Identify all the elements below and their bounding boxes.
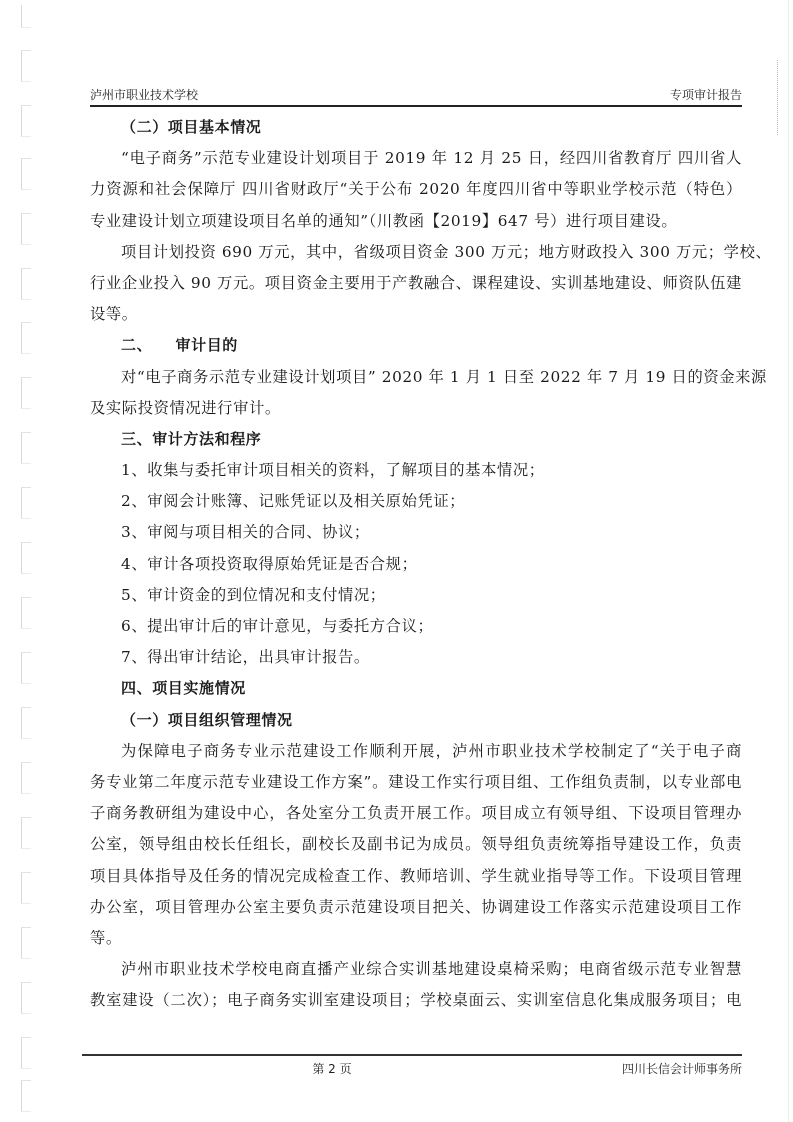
binding-mark — [21, 158, 31, 190]
paragraph-line: 专业建设计划立项建设项目名单的通知”（川教函【2019】647 号）进行项目建设… — [90, 206, 742, 237]
page-edge — [788, 0, 789, 1122]
scan-artifact — [777, 60, 781, 135]
binding-mark — [21, 432, 31, 464]
section-heading-audit-methods: 三、审计方法和程序 — [90, 424, 742, 455]
paragraph-line: 力资源和社会保障厅 四川省财政厅“关于公布 2020 年度四川省中等职业学校示范… — [90, 174, 742, 205]
document-body: （二）项目基本情况 “电子商务”示范专业建设计划项目于 2019 年 12 月 … — [90, 112, 742, 1016]
binding-mark — [21, 105, 31, 137]
binding-mark — [21, 487, 31, 519]
method-item: 1、收集与委托审计项目相关的资料，了解项目的基本情况； — [90, 455, 742, 486]
binding-mark — [21, 1080, 31, 1112]
binding-mark — [21, 1037, 31, 1069]
page-number: 第 2 页 — [82, 1060, 582, 1077]
section-heading-audit-purpose: 二、 审计目的 — [90, 330, 742, 361]
paragraph-line: 项目具体指导及任务的情况完成检查工作、教师培训、学生就业指导等工作。下设项目管理 — [90, 861, 742, 892]
page-header: 泸州市职业技术学校 专项审计报告 — [90, 86, 742, 104]
paragraph-line: 教室建设（二次）；电子商务实训室建设项目；学校桌面云、实训室信息化集成服务项目；… — [90, 985, 742, 1016]
paragraph-line: 公室，领导组由校长任组长，副校长及副书记为成员。领导组负责统筹指导建设工作，负责 — [90, 829, 742, 860]
footer-firm-name: 四川长信会计师事务所 — [622, 1060, 742, 1077]
binding-mark — [21, 322, 31, 354]
paragraph-line: 为保障电子商务专业示范建设工作顺利开展，泸州市职业技术学校制定了“关于电子商 — [90, 736, 742, 767]
binding-mark — [21, 652, 31, 684]
header-school-name: 泸州市职业技术学校 — [90, 86, 198, 103]
section-heading-project-basics: （二）项目基本情况 — [90, 112, 742, 143]
paragraph-line: 办公室，项目管理办公室主要负责示范建设项目把关、协调建设工作落实示范建设项目工作 — [90, 892, 742, 923]
binding-mark — [21, 213, 31, 245]
method-item: 4、审计各项投资取得原始凭证是否合规； — [90, 549, 742, 580]
binding-mark — [21, 817, 31, 849]
page-footer: 第 2 页 四川长信会计师事务所 — [82, 1060, 742, 1078]
method-item: 7、得出审计结论，出具审计报告。 — [90, 642, 742, 673]
binding-mark — [21, 872, 31, 904]
method-item: 6、提出审计后的审计意见，与委托方合议； — [90, 611, 742, 642]
binding-mark — [21, 927, 31, 959]
paragraph-line: 务专业第二年度示范专业建设工作方案”。建设工作实行项目组、工作组负责制，以专业部… — [90, 767, 742, 798]
subsection-heading-org-management: （一）项目组织管理情况 — [90, 705, 742, 736]
section-heading-implementation: 四、项目实施情况 — [90, 673, 742, 704]
binding-mark — [21, 597, 31, 629]
paragraph-line: 泸州市职业技术学校电商直播产业综合实训基地建设桌椅采购；电商省级示范专业智慧 — [90, 954, 742, 985]
paragraph-line: 及实际投资情况进行审计。 — [90, 393, 742, 424]
binding-mark — [21, 5, 31, 28]
binding-mark — [21, 982, 31, 1014]
binding-mark — [21, 707, 31, 739]
paragraph-line: 子商务教研组为建设中心，各处室分工负责开展工作。项目成立有领导组、下设项目管理办 — [90, 798, 742, 829]
method-item: 2、审阅会计账簿、记账凭证以及相关原始凭证； — [90, 486, 742, 517]
binding-mark — [21, 50, 31, 82]
header-report-type: 专项审计报告 — [670, 86, 742, 103]
binding-mark — [21, 377, 31, 409]
footer-divider — [82, 1054, 742, 1056]
binding-mark — [21, 762, 31, 794]
paragraph-line: 对“电子商务示范专业建设计划项目” 2020 年 1 月 1 日至 2022 年… — [90, 362, 742, 393]
paragraph-line: “电子商务”示范专业建设计划项目于 2019 年 12 月 25 日，经四川省教… — [90, 143, 742, 174]
paragraph-line: 等。 — [90, 923, 742, 954]
binding-mark — [21, 542, 31, 574]
paragraph-line: 设等。 — [90, 299, 742, 330]
method-item: 5、审计资金的到位情况和支付情况； — [90, 580, 742, 611]
header-divider — [90, 105, 742, 107]
binding-mark — [21, 268, 31, 300]
paragraph-line: 行业企业投入 90 万元。项目资金主要用于产教融合、课程建设、实训基地建设、师资… — [90, 268, 742, 299]
method-item: 3、审阅与项目相关的合同、协议； — [90, 517, 742, 548]
paragraph-line: 项目计划投资 690 万元，其中，省级项目资金 300 万元；地方财政投入 30… — [90, 237, 742, 268]
